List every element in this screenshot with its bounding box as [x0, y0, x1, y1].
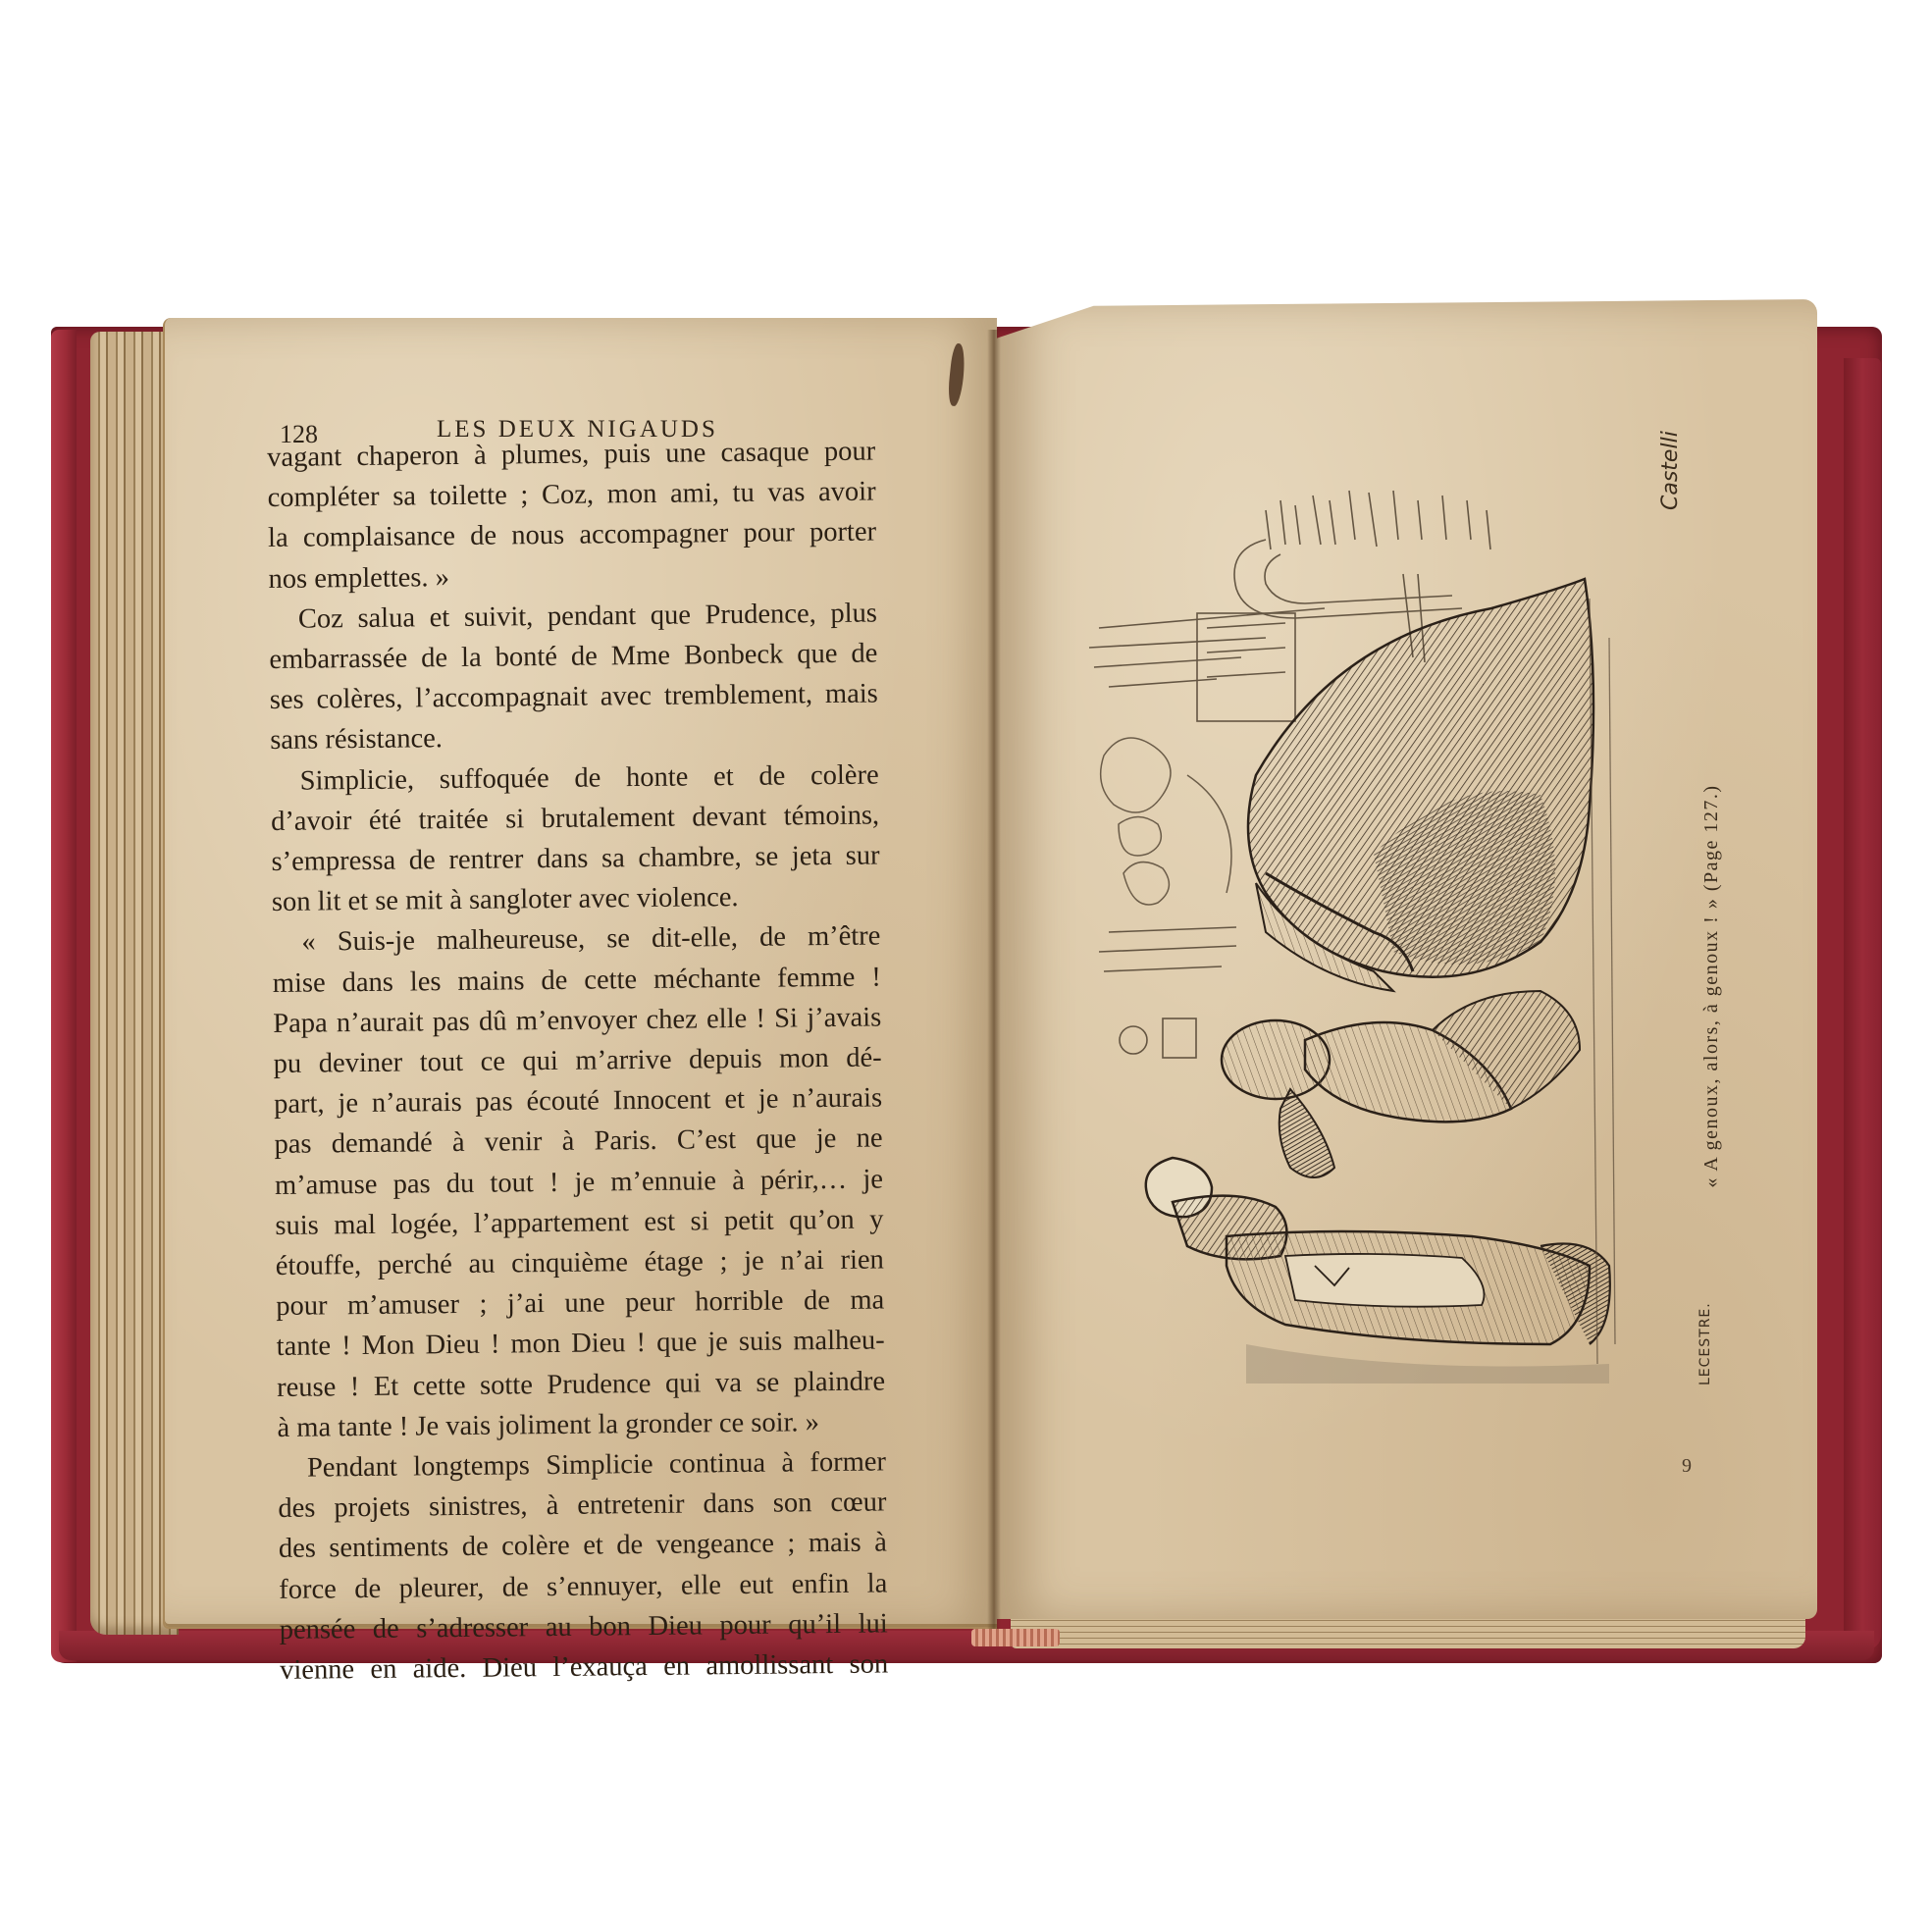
text-line: tante ! Mon Dieu ! mon Dieu ! que je sui… [276, 1321, 884, 1368]
text-line: pas demandé à venir à Paris. C’est que j… [274, 1119, 882, 1166]
engraver-signature-top: Castelli [1658, 431, 1683, 510]
text-line: Pendant longtemps Simplicie continua à f… [278, 1442, 886, 1489]
text-line: la complaisance de nous accompagner pour… [268, 512, 876, 559]
text-line: embarrassée de la bonté de Mme Bonbeck q… [269, 634, 877, 681]
text-line: d’avoir été traitée si brutalement devan… [271, 795, 879, 842]
engraving-illustration [1079, 481, 1648, 1384]
text-line: à ma tante ! Je vais joliment la gronder… [277, 1401, 885, 1448]
text-line: part, je n’aurais pas écouté Innocent et… [274, 1078, 882, 1125]
text-line: « Suis-je malheureuse, se dit-elle, de m… [272, 916, 880, 964]
body-text: vagant chaperon à plumes, puis une casaq… [267, 432, 888, 1692]
book-cover-right-edge [1844, 358, 1881, 1649]
text-line: nos emplettes. » [268, 552, 876, 600]
text-line: s’empressa de rentrer dans sa chambre, s… [271, 836, 879, 883]
text-line: pour m’amuser ; j’ai une peur horrible d… [276, 1280, 884, 1328]
text-line: sans résistance. [270, 714, 878, 761]
caption-page-reference: (Page 127.) [1700, 784, 1722, 891]
text-line: mise dans les mains de cette méchante fe… [273, 957, 881, 1004]
text-line: son lit et se mit à sangloter avec viole… [272, 876, 880, 923]
signature-mark: 9 [1682, 1455, 1692, 1478]
illustration-caption: « A genoux, alors, à genoux ! » (Page 12… [1700, 711, 1730, 1261]
text-line: vagant chaperon à plumes, puis une casaq… [267, 432, 875, 479]
text-line: Coz salua et suivit, pendant que Prudenc… [269, 593, 877, 640]
text-line: m’amuse pas du tout ! je m’ennuie à péri… [275, 1159, 883, 1206]
text-line: des projets sinistres, à entretenir dans… [278, 1483, 886, 1530]
text-line: pu deviner tout ce qui m’arrive depuis m… [273, 1038, 881, 1085]
text-line: Simplicie, suffoquée de honte et de colè… [270, 755, 878, 802]
text-line: Papa n’aurait pas dû m’envoyer chez elle… [273, 997, 881, 1044]
text-line: reuse ! Et cette sotte Prudence qui va s… [277, 1361, 885, 1408]
text-line: ses colères, l’accompagnait avec tremble… [270, 674, 878, 721]
text-line: étouffe, perché au cinquième étage ; je … [276, 1240, 884, 1287]
text-line: compléter sa toilette ; Coz, mon ami, tu… [267, 472, 875, 519]
text-line: suis mal logée, l’appartement est si pet… [275, 1199, 883, 1246]
text-line: force de pleurer, de s’ennuyer, elle eut… [279, 1563, 887, 1610]
headband [971, 1629, 1060, 1646]
caption-text: « A genoux, alors, à genoux ! » [1700, 898, 1722, 1188]
text-line: vienne en aide. Dieu l’exauça en amollis… [280, 1645, 888, 1692]
text-line: des sentiments de colère et de vengeance… [279, 1523, 887, 1570]
engraver-signature-bottom: LECESTRE. [1697, 1302, 1713, 1385]
text-line: pensée de s’adresser au bon Dieu pour qu… [280, 1603, 888, 1650]
book-gutter [987, 330, 1001, 1635]
book-cover-left-edge [51, 330, 77, 1662]
